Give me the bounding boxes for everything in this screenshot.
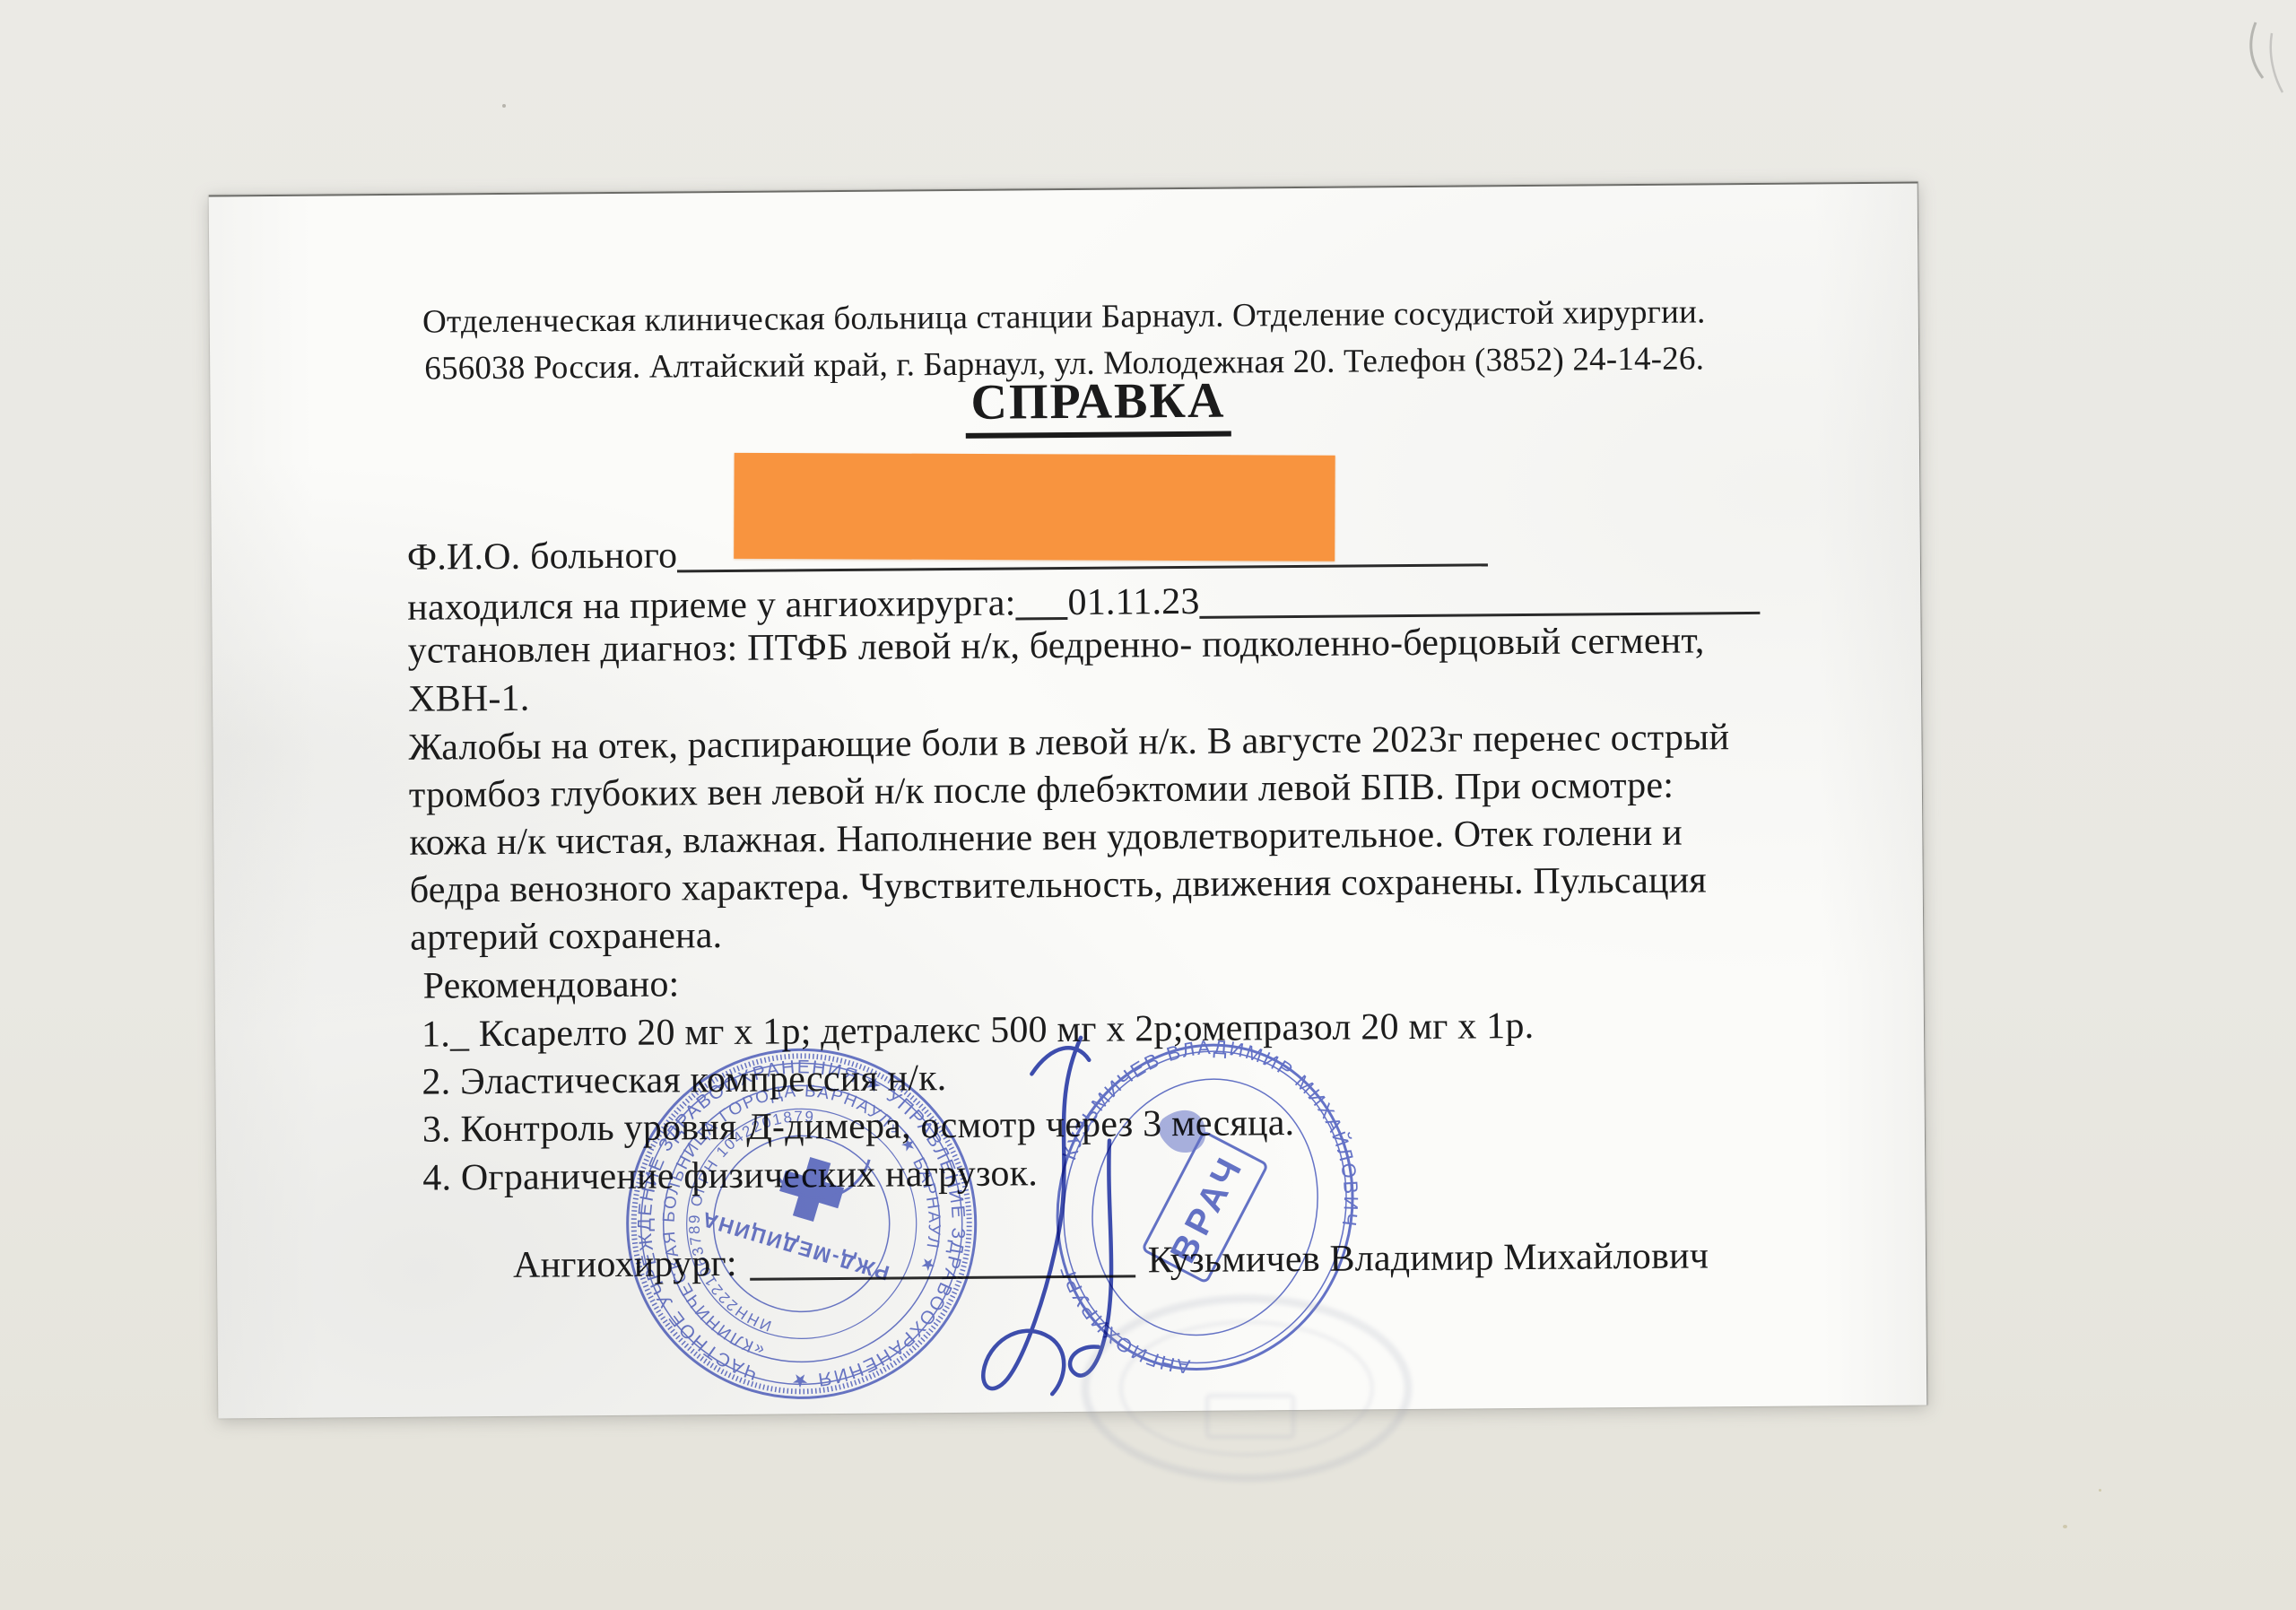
blank-line-segment (1016, 608, 1068, 620)
clinic-header-line1: Отделенческая клиническая больница станц… (210, 292, 1918, 344)
diagnosis-line1: установлен диагноз: ПТФБ левой н/к, бедр… (407, 619, 1704, 672)
body-line: Жалобы на отек, распирающие боли в левой… (408, 716, 1729, 770)
org-stamp-center-text: РЖД-МЕДИЦИНА (698, 1207, 891, 1285)
blank-line-segment (1200, 603, 1761, 619)
redaction-block (734, 453, 1335, 561)
dust-speck (2063, 1525, 2067, 1528)
diagnosis-line2: ХВН-1. (408, 677, 530, 721)
medical-cross-icon (774, 1152, 850, 1228)
dust-speck (502, 104, 506, 108)
body-line: кожа н/к чистая, влажная. Наполнение вен… (409, 812, 1683, 865)
body-line: тромбоз глубоких вен левой н/к после фле… (409, 764, 1674, 817)
visit-date: 01.11.23 (1067, 580, 1199, 624)
body-line: бедра венозного характера. Чувствительно… (410, 858, 1707, 911)
dust-speck (2099, 1489, 2101, 1492)
patient-name-label: Ф.И.О. больного (407, 534, 678, 579)
pen-marks (2229, 13, 2292, 103)
ghost-stamp-impression (1031, 1281, 1462, 1532)
recommendations-heading: Рекомендовано: (422, 962, 679, 1007)
body-line: артерий сохранена. (410, 914, 722, 960)
visit-label: находился на приеме у ангиохирурга: (407, 581, 1016, 629)
document-title: СПРАВКА (965, 372, 1231, 439)
scanned-certificate-sheet: Отделенческая клиническая больница станц… (209, 182, 1928, 1419)
